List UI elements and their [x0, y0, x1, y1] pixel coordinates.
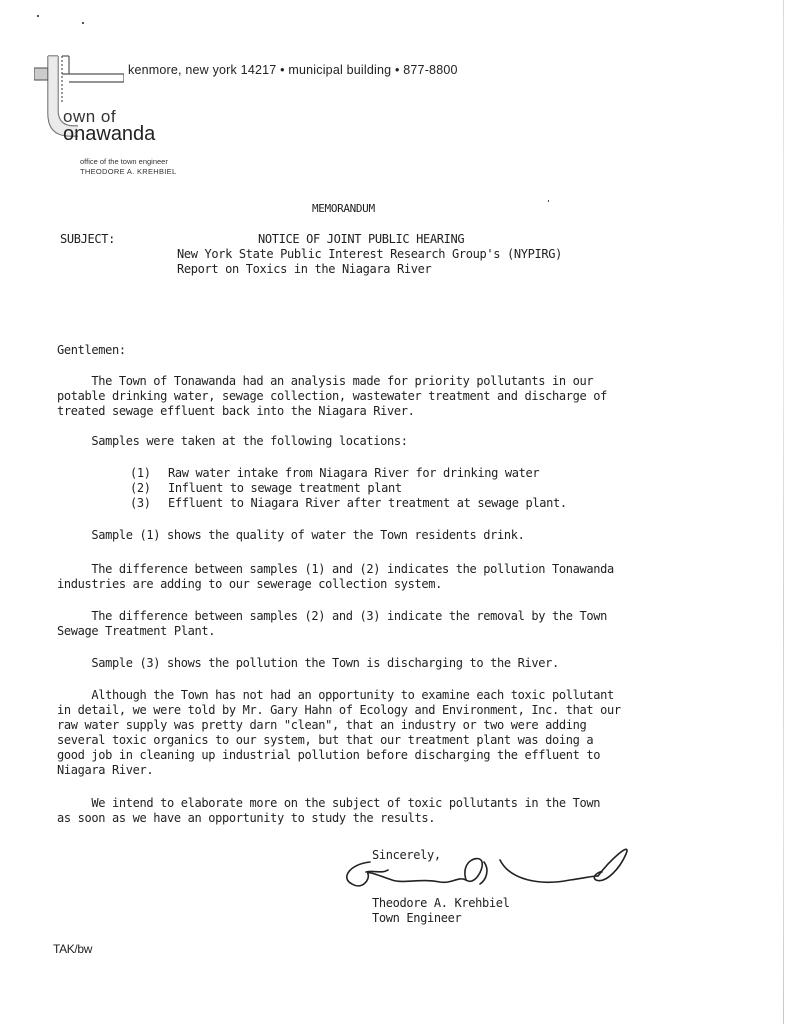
memo-title: MEMORANDUM	[312, 201, 375, 216]
scan-speck	[548, 200, 549, 202]
paragraph-line: several toxic organics to our system, bu…	[57, 733, 593, 748]
paragraph-line: We intend to elaborate more on the subje…	[57, 796, 600, 811]
salutation: Gentlemen:	[57, 343, 126, 358]
paragraph-line: in detail, we were told by Mr. Gary Hahn…	[57, 703, 621, 718]
paragraph-line: The Town of Tonawanda had an analysis ma…	[57, 374, 593, 389]
paragraph-line: Although the Town has not had an opportu…	[57, 688, 614, 703]
paragraph-line: Samples were taken at the following loca…	[57, 434, 408, 449]
memo-page: kenmore, new york 14217 • municipal buil…	[0, 0, 790, 1024]
letterhead-engineer: THEODORE A. KREHBIEL	[80, 167, 176, 176]
location-text: Raw water intake from Niagara River for …	[168, 466, 539, 481]
paragraph-line: Sewage Treatment Plant.	[57, 624, 215, 639]
location-number: (1)	[130, 466, 151, 481]
paragraph-line: potable drinking water, sewage collectio…	[57, 389, 607, 404]
scan-speck	[37, 15, 39, 17]
paragraph-line: Niagara River.	[57, 763, 153, 778]
letterhead-address: kenmore, new york 14217 • municipal buil…	[128, 63, 458, 77]
paragraph-line: The difference between samples (2) and (…	[57, 609, 607, 624]
typist-initials: TAK/bw	[53, 942, 92, 957]
handwritten-signature-icon	[340, 840, 640, 900]
scan-speck	[82, 22, 84, 24]
location-text: Influent to sewage treatment plant	[168, 481, 402, 496]
location-text: Effluent to Niagara River after treatmen…	[168, 496, 567, 511]
subject-line: Report on Toxics in the Niagara River	[177, 262, 431, 277]
paragraph-line: good job in cleaning up industrial pollu…	[57, 748, 600, 763]
paragraph-line: Sample (3) shows the pollution the Town …	[57, 656, 559, 671]
paragraph-line: Sample (1) shows the quality of water th…	[57, 528, 524, 543]
subject-line: New York State Public Interest Research …	[177, 247, 562, 262]
letterhead-office: office of the town engineer	[80, 157, 168, 166]
paragraph-line: as soon as we have an opportunity to stu…	[57, 811, 435, 826]
paragraph-line: treated sewage effluent back into the Ni…	[57, 404, 414, 419]
scan-edge-line	[783, 0, 784, 1024]
paragraph-line: raw water supply was pretty darn "clean"…	[57, 718, 586, 733]
paragraph-line: The difference between samples (1) and (…	[57, 562, 614, 577]
location-number: (3)	[130, 496, 151, 511]
signer-name: Theodore A. Krehbiel	[372, 896, 510, 911]
paragraph-line: industries are adding to our sewerage co…	[57, 577, 442, 592]
subject-line: NOTICE OF JOINT PUBLIC HEARING	[258, 232, 464, 247]
letterhead-town-line2: onawanda	[63, 124, 155, 144]
subject-label: SUBJECT:	[60, 232, 115, 247]
location-number: (2)	[130, 481, 151, 496]
signer-title: Town Engineer	[372, 911, 461, 926]
